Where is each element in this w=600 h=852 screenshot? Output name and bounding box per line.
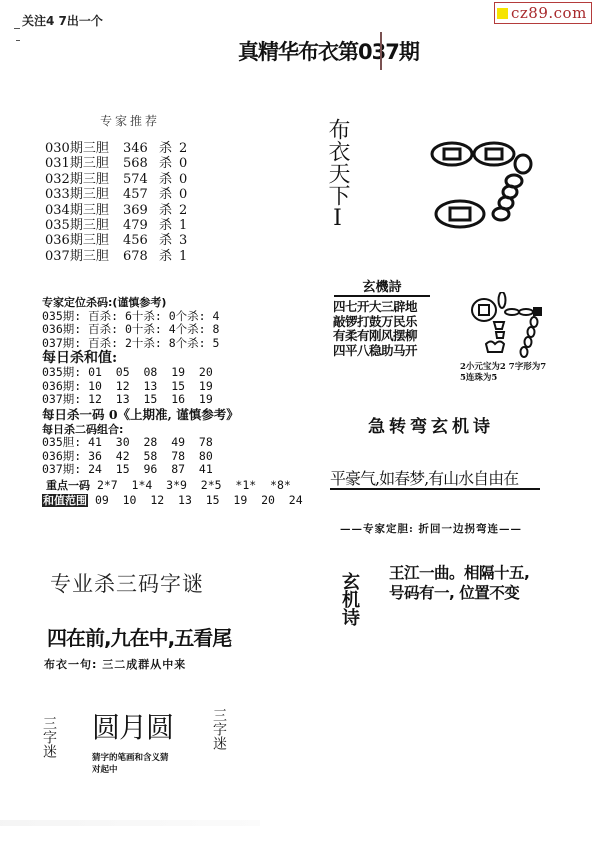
riddle-hint: 猜字的笔画和含义猜对起中 [92,752,172,776]
sum-kill-heading: 每日杀和值: [42,350,303,366]
list-item: 036期: 10 12 13 15 19 [42,380,303,394]
expert-recommend-heading: 专家推荐 [100,112,160,129]
xuan-vertical-label: 玄机诗 [336,572,362,626]
riddle-side-right: 三字迷 [212,708,226,750]
expert-dan-line: ——专家定胆: 折回一边拐弯连—— [340,521,522,536]
list-item: 033期三胆457杀0 [45,187,187,202]
yellow-square-icon [497,8,508,19]
riddle-subline: 布衣一句: 三二成群从中来 [44,656,186,672]
coin-ingot-icon [470,292,550,362]
divider [330,488,540,490]
poem-line: 四七开大三辟地 [333,300,417,315]
list-item: 032期三胆574杀0 [45,172,187,187]
page-title: 真精华布衣第037期 [238,36,419,66]
list-item: 035胆: 41 30 28 49 78 [42,436,303,450]
poem-lines: 四七开大三辟地 敲锣打鼓万民乐 有柔有刚风摆柳 四平八稳助马开 [333,300,417,358]
list-item: 035期三胆479杀1 [45,218,187,233]
stats-block: 专家定位杀码:(谨慎参考) 035期: 百杀: 6十杀: 0个杀: 4 036期… [42,296,303,508]
xuan-lines: 王江一曲。相隔十五, 号码有一, 位置不变 [389,563,529,603]
sum-range-row: 和值范围 09 10 12 13 15 19 20 24 [42,494,303,508]
list-item: 030期三胆346杀2 [45,141,187,156]
coin-caption: 2小元宝为2 7字形为7 5连珠为5 [460,362,590,384]
riddle-side-left: 三字迷 [42,716,56,758]
position-kill-heading: 专家定位杀码:(谨慎参考) [42,296,303,310]
list-item: 036期: 36 42 58 78 80 [42,450,303,464]
riddle-main: 四在前,九在中,五看尾 [47,622,231,651]
list-item: 034期三胆369杀2 [45,203,187,218]
scan-artifact [0,820,260,826]
poem-title-wrap: 玄機詩 [334,276,430,297]
poem-line: 敲锣打鼓万民乐 [333,315,417,330]
expert-recommend-list: 030期三胆346杀2 031期三胆568杀0 032期三胆574杀0 033期… [45,141,187,264]
riddle-title: 专业杀三码字谜 [50,568,204,598]
site-watermark: cz89.com [494,2,592,24]
kill-one-heading: 每日杀一码 0《上期准, 谨慎参考》 [42,407,303,423]
riddle-poem-line: 平豪气,如春梦,有山水自由在 [330,466,518,489]
poem-line: 有柔有刚风摆柳 [333,329,417,344]
list-item: 036期: 百杀: 0十杀: 4个杀: 8 [42,323,303,337]
list-item: 037期: 百杀: 2十杀: 8个杀: 5 [42,337,303,351]
poem-title: 玄機詩 [362,280,401,295]
list-item: 037期三胆678杀1 [45,249,187,264]
list-item: 035期: 百杀: 6十杀: 0个杀: 4 [42,310,303,324]
list-item: 031期三胆568杀0 [45,156,187,171]
poem-line: 四平八稳助马开 [333,344,417,359]
scan-mark [14,28,20,29]
key-code-row: 重点一码 2*7 1*4 3*9 2*5 *1* *8* [42,479,303,493]
vertical-title: 布衣天下I [326,118,348,231]
scan-mark [380,32,382,70]
coin-seven-icon [430,136,540,240]
list-item: 035期: 01 05 08 19 20 [42,366,303,380]
list-item: 036期三胆456杀3 [45,233,187,248]
scan-mark [16,40,20,41]
kill-two-heading: 每日杀二码组合: [42,423,303,437]
follow-note: 关注4 7出一个 [22,12,103,29]
riddle-chars: 圆月圆 [92,706,173,746]
list-item: 037期: 12 13 15 16 19 [42,393,303,407]
list-item: 037期: 24 15 96 87 41 [42,463,303,477]
xuanji-title: 急转弯玄机诗 [368,412,494,437]
watermark-text: cz89.com [511,4,587,22]
